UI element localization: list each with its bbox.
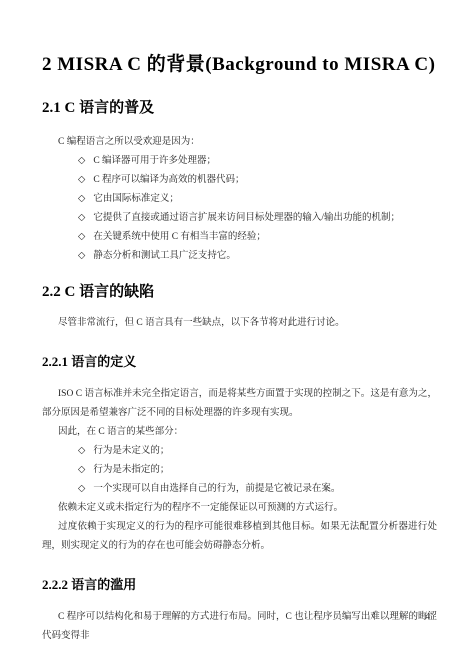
paragraph-s221-1: ISO C 语言标准并未完全指定语言，而是将某些方面置于实现的控制之下。这是有意…	[42, 385, 437, 423]
paragraph-s221-2: 因此，在 C 语言的某些部分：	[42, 423, 437, 442]
bullet-text: 它提供了直接或通过语言扩展来访问目标处理器的输入/输出功能的机制；	[93, 213, 400, 223]
diamond-bullet-icon: ◇	[78, 209, 85, 228]
chapter-title: 2 MISRA C 的背景(Background to MISRA C)	[42, 52, 437, 78]
bullet-text: 行为是未定义的；	[93, 446, 169, 456]
bullet-text: 它由国际标准定义；	[93, 194, 179, 204]
paragraph-s221-3: 依赖未定义或未指定行为的程序不一定能保证以可预测的方式运行。	[42, 499, 437, 518]
list-item: ◇静态分析和测试工具广泛支持它。	[78, 247, 437, 266]
page-number: 4	[426, 611, 431, 621]
bullet-text: C 程序可以编译为高效的机器代码；	[93, 175, 244, 185]
bullet-text: 行为是未指定的；	[93, 465, 169, 475]
paragraph-s22-intro: 尽管非常流行，但 C 语言具有一些缺点，以下各节将对此进行讨论。	[42, 314, 437, 333]
list-item: ◇它提供了直接或通过语言扩展来访问目标处理器的输入/输出功能的机制；	[78, 209, 437, 228]
list-item: ◇行为是未定义的；	[78, 442, 437, 461]
paragraph-s222-1: C 程序可以结构化和易于理解的方式进行布局。同时，C 也让程序员编写出难以理解的…	[42, 608, 437, 646]
diamond-bullet-icon: ◇	[78, 152, 85, 171]
paragraph-s221-4: 过度依赖于实现定义的行为的程序可能很难移植到其他目标。如果无法配置分析器进行处理…	[42, 518, 437, 556]
bullet-list-s21: ◇C 编译器可用于许多处理器； ◇C 程序可以编译为高效的机器代码； ◇它由国际…	[42, 152, 437, 266]
section-heading-2-2-2: 2.2.2 语言的滥用	[42, 576, 437, 594]
diamond-bullet-icon: ◇	[78, 247, 85, 266]
diamond-bullet-icon: ◇	[78, 461, 85, 480]
diamond-bullet-icon: ◇	[78, 190, 85, 209]
list-item: ◇一个实现可以自由选择自己的行为，前提是它被记录在案。	[78, 480, 437, 499]
list-item: ◇C 编译器可用于许多处理器；	[78, 152, 437, 171]
paragraph-s21-intro: C 编程语言之所以受欢迎是因为：	[42, 133, 437, 152]
diamond-bullet-icon: ◇	[78, 228, 85, 247]
bullet-list-s221: ◇行为是未定义的； ◇行为是未指定的； ◇一个实现可以自由选择自己的行为，前提是…	[42, 442, 437, 499]
list-item: ◇C 程序可以编译为高效的机器代码；	[78, 171, 437, 190]
bullet-text: 在关键系统中使用 C 有相当丰富的经验；	[93, 232, 266, 242]
list-item: ◇在关键系统中使用 C 有相当丰富的经验；	[78, 228, 437, 247]
bullet-text: 静态分析和测试工具广泛支持它。	[93, 251, 236, 261]
section-heading-2-1: 2.1 C 语言的普及	[42, 98, 437, 118]
list-item: ◇行为是未指定的；	[78, 461, 437, 480]
section-heading-2-2-1: 2.2.1 语言的定义	[42, 353, 437, 371]
diamond-bullet-icon: ◇	[78, 171, 85, 190]
section-heading-2-2: 2.2 C 语言的缺陷	[42, 282, 437, 302]
list-item: ◇它由国际标准定义；	[78, 190, 437, 209]
bullet-text: 一个实现可以自由选择自己的行为，前提是它被记录在案。	[93, 484, 340, 494]
bullet-text: C 编译器可用于许多处理器；	[93, 156, 216, 166]
document-page: 2 MISRA C 的背景(Background to MISRA C) 2.1…	[0, 0, 474, 670]
diamond-bullet-icon: ◇	[78, 442, 85, 461]
diamond-bullet-icon: ◇	[78, 480, 85, 499]
